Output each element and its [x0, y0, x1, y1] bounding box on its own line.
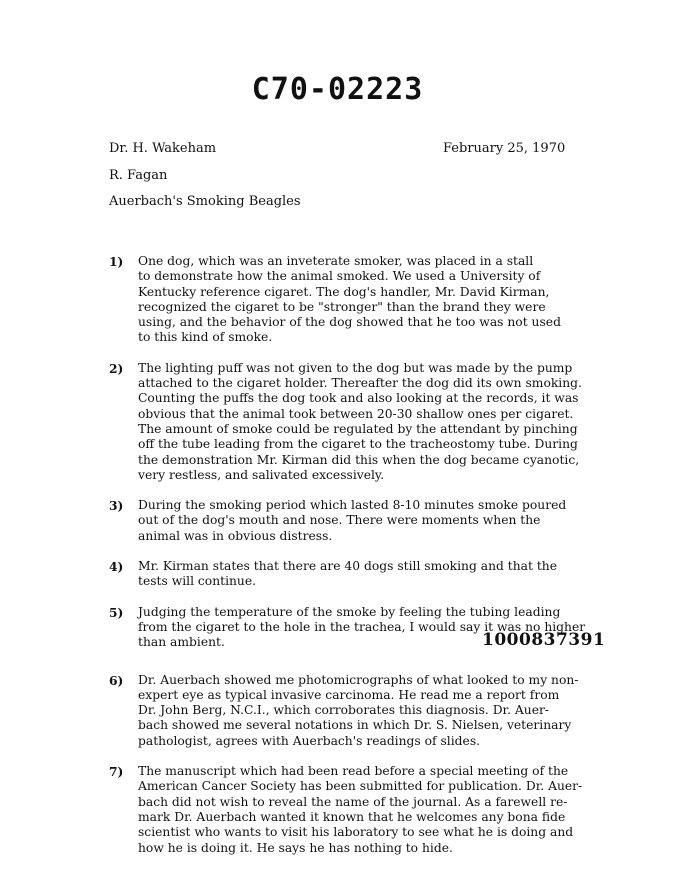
item-number: 3) — [109, 498, 138, 544]
text-line: out of the dog's mouth and nose. There w… — [138, 513, 629, 528]
text-line: tests will continue. — [138, 574, 629, 589]
item-text: One dog, which was an inveterate smoker,… — [138, 254, 629, 346]
text-line: how he is doing it. He says he has nothi… — [138, 841, 629, 856]
document-id: C70-02223 — [0, 72, 675, 107]
item-number: 7) — [109, 764, 138, 856]
text-line: During the smoking period which lasted 8… — [138, 498, 629, 513]
text-line: to demonstrate how the animal smoked. We… — [138, 269, 629, 284]
text-line: to this kind of smoke. — [138, 330, 629, 345]
text-line: Dr. Auerbach showed me photomicrographs … — [138, 673, 629, 688]
bates-number: 1000837391 — [482, 630, 605, 650]
item-number: 4) — [109, 559, 138, 590]
list-item: 4)Mr. Kirman states that there are 40 do… — [109, 559, 629, 590]
memo-date: February 25, 1970 — [443, 141, 565, 156]
text-line: The manuscript which had been read befor… — [138, 764, 629, 779]
list-item: 7)The manuscript which had been read bef… — [109, 764, 629, 856]
item-text: Mr. Kirman states that there are 40 dogs… — [138, 559, 629, 590]
text-line: bach did not wish to reveal the name of … — [138, 795, 629, 810]
item-text: During the smoking period which lasted 8… — [138, 498, 629, 544]
list-item: 6)Dr. Auerbach showed me photomicrograph… — [109, 673, 629, 749]
item-number: 6) — [109, 673, 138, 749]
list-item: 1)One dog, which was an inveterate smoke… — [109, 254, 629, 346]
text-line: Counting the puffs the dog took and also… — [138, 391, 629, 406]
item-number: 5) — [109, 605, 138, 651]
item-text: Dr. Auerbach showed me photomicrographs … — [138, 673, 629, 749]
text-line: expert eye as typical invasive carcinoma… — [138, 688, 629, 703]
text-line: One dog, which was an inveterate smoker,… — [138, 254, 629, 269]
text-line: recognized the cigaret to be "stronger" … — [138, 300, 629, 315]
text-line: Mr. Kirman states that there are 40 dogs… — [138, 559, 629, 574]
text-line: obvious that the animal took between 20-… — [138, 407, 629, 422]
text-line: Judging the temperature of the smoke by … — [138, 605, 629, 620]
numbered-findings-list: 1)One dog, which was an inveterate smoke… — [109, 254, 629, 869]
text-line: the demonstration Mr. Kirman did this wh… — [138, 453, 629, 468]
text-line: using, and the behavior of the dog showe… — [138, 315, 629, 330]
item-number: 2) — [109, 361, 138, 483]
memo-from: R. Fagan — [109, 168, 167, 183]
text-line: bach showed me several notations in whic… — [138, 718, 629, 733]
item-number: 1) — [109, 254, 138, 346]
memo-subject: Auerbach's Smoking Beagles — [109, 194, 301, 209]
text-line: scientist who wants to visit his laborat… — [138, 825, 629, 840]
memo-to: Dr. H. Wakeham — [109, 141, 216, 156]
text-line: mark Dr. Auerbach wanted it known that h… — [138, 810, 629, 825]
text-line: The lighting puff was not given to the d… — [138, 361, 629, 376]
text-line: Kentucky reference cigaret. The dog's ha… — [138, 285, 629, 300]
text-line: attached to the cigaret holder. Thereaft… — [138, 376, 629, 391]
text-line: American Cancer Society has been submitt… — [138, 779, 629, 794]
list-item: 2)The lighting puff was not given to the… — [109, 361, 629, 483]
text-line: off the tube leading from the cigaret to… — [138, 437, 629, 452]
text-line: pathologist, agrees with Auerbach's read… — [138, 734, 629, 749]
item-text: The lighting puff was not given to the d… — [138, 361, 629, 483]
text-line: very restless, and salivated excessively… — [138, 468, 629, 483]
text-line: The amount of smoke could be regulated b… — [138, 422, 629, 437]
item-text: The manuscript which had been read befor… — [138, 764, 629, 856]
text-line: Dr. John Berg, N.C.I., which corroborate… — [138, 703, 629, 718]
list-item: 3)During the smoking period which lasted… — [109, 498, 629, 544]
text-line: animal was in obvious distress. — [138, 529, 629, 544]
